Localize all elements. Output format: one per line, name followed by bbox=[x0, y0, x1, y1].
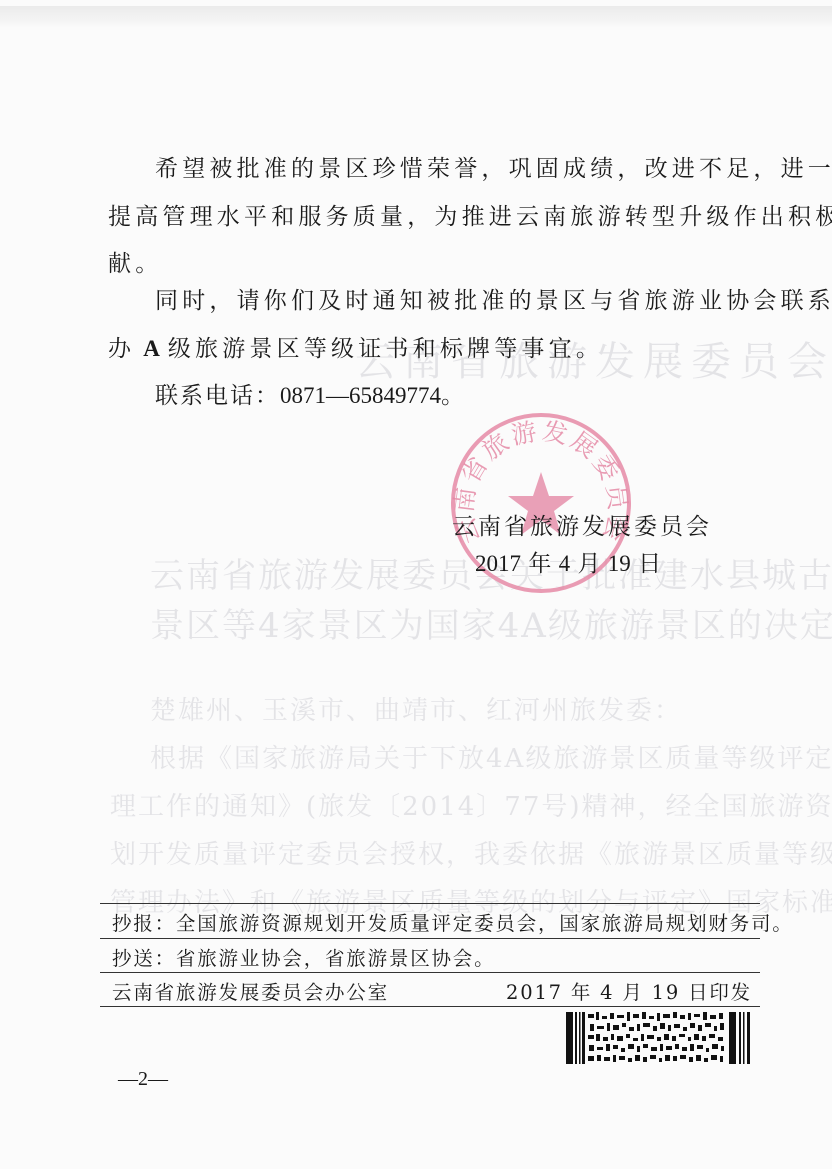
copy-to-label: 抄送： bbox=[112, 947, 176, 970]
issue-date: 2017 年 4 月 19 日印发 bbox=[506, 977, 752, 1005]
date-month-unit: 月 bbox=[577, 551, 600, 577]
date-month: 4 bbox=[559, 551, 571, 576]
paragraph-2-line-1: 同时，请你们及时通知被批准的景区与省旅游业协会联系申 bbox=[155, 290, 832, 313]
contact-label: 联系电话： bbox=[155, 383, 280, 409]
issuer-row: 云南省旅游发展委员会办公室 2017 年 4 月 19 日印发 bbox=[112, 977, 752, 1005]
copy-to-recipients: 省旅游业协会，省旅游景区协会。 bbox=[176, 947, 496, 970]
grade-letter: A bbox=[143, 336, 160, 361]
contact-line: 联系电话：0871—65849774。 bbox=[155, 384, 466, 408]
date-day: 19 bbox=[608, 551, 631, 576]
date-year-unit: 年 bbox=[528, 551, 551, 577]
issuer-office: 云南省旅游发展委员会办公室 bbox=[112, 977, 389, 1005]
report-to-recipients: 全国旅游资源规划开发质量评定委员会，国家旅游局规划财务司。 bbox=[176, 912, 794, 935]
report-to-row: 抄报：全国旅游资源规划开发质量评定委员会，国家旅游局规划财务司。 bbox=[112, 908, 752, 936]
footer-rule-bottom bbox=[100, 1006, 760, 1007]
line-rest: 级旅游景区等级证书和标牌等事宜。 bbox=[168, 336, 603, 362]
paragraph-1-line-3: 献。 bbox=[108, 253, 162, 276]
paragraph-2-line-2: 办A级旅游景区等级证书和标牌等事宜。 bbox=[108, 337, 603, 361]
scan-edge-shadow bbox=[0, 6, 832, 28]
contact-end: 。 bbox=[441, 383, 466, 409]
line-prefix: 办 bbox=[108, 336, 135, 362]
copy-to-row: 抄送：省旅游业协会，省旅游景区协会。 bbox=[112, 943, 752, 971]
pdf417-barcode-icon bbox=[566, 1012, 762, 1064]
document-page: 云南省旅游发展委员会文件 云南省旅游发展委员会关于批准建水县城古镇 景区等4家景… bbox=[0, 0, 832, 1169]
footer-rule-top bbox=[100, 903, 760, 904]
date-day-unit: 日 bbox=[638, 551, 661, 577]
contact-phone: 0871—65849774 bbox=[280, 383, 441, 408]
signature-date: 2017 年 4 月 19 日 bbox=[475, 545, 661, 578]
issuing-organization: 云南省旅游发展委员会 bbox=[452, 508, 712, 541]
paragraph-1-line-1: 希望被批准的景区珍惜荣誉，巩固成绩，改进不足，进一步 bbox=[155, 158, 832, 181]
page-number: —2— bbox=[118, 1068, 168, 1091]
footer-rule-3 bbox=[100, 972, 760, 973]
footer-rule-2 bbox=[100, 938, 760, 939]
date-year: 2017 bbox=[475, 551, 521, 576]
report-to-label: 抄报： bbox=[112, 912, 176, 935]
paragraph-1-line-2: 提高管理水平和服务质量，为推进云南旅游转型升级作出积极贡 bbox=[108, 206, 832, 229]
